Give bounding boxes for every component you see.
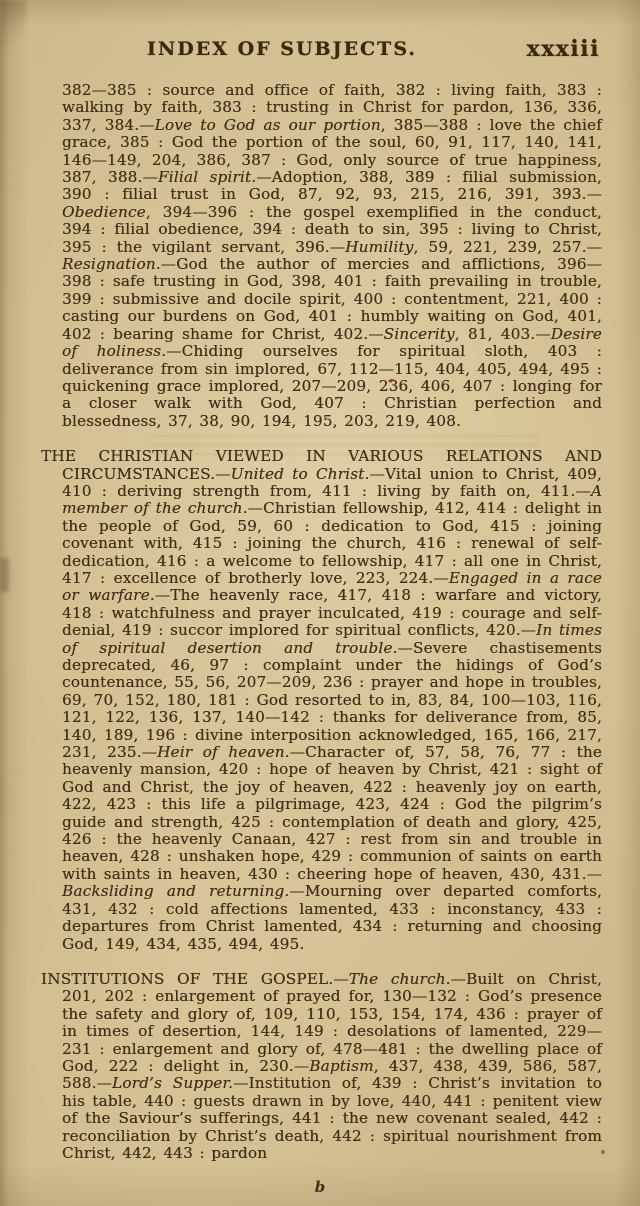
page-number: xxxiii [527, 36, 600, 62]
signature-mark: b [0, 1178, 640, 1196]
book-page: INDEX OF SUBJECTS. xxxiii 382—385 : sour… [0, 0, 640, 1206]
index-text-block: 382—385 : source and office of faith, 38… [62, 82, 602, 1162]
page-edge-mark [0, 558, 9, 592]
index-paragraph-faith-continuation: 382—385 : source and office of faith, 38… [62, 82, 602, 430]
red-ink-spot-2 [601, 1150, 605, 1154]
index-paragraph-institutions-gospel: INSTITUTIONS OF THE GOSPEL.—The church.—… [62, 971, 602, 1162]
page-title: INDEX OF SUBJECTS. [0, 38, 564, 60]
index-paragraph-christian-relations: THE CHRISTIAN VIEWED IN VARIOUS RELATION… [62, 448, 602, 953]
page-header: INDEX OF SUBJECTS. xxxiii [0, 38, 640, 68]
